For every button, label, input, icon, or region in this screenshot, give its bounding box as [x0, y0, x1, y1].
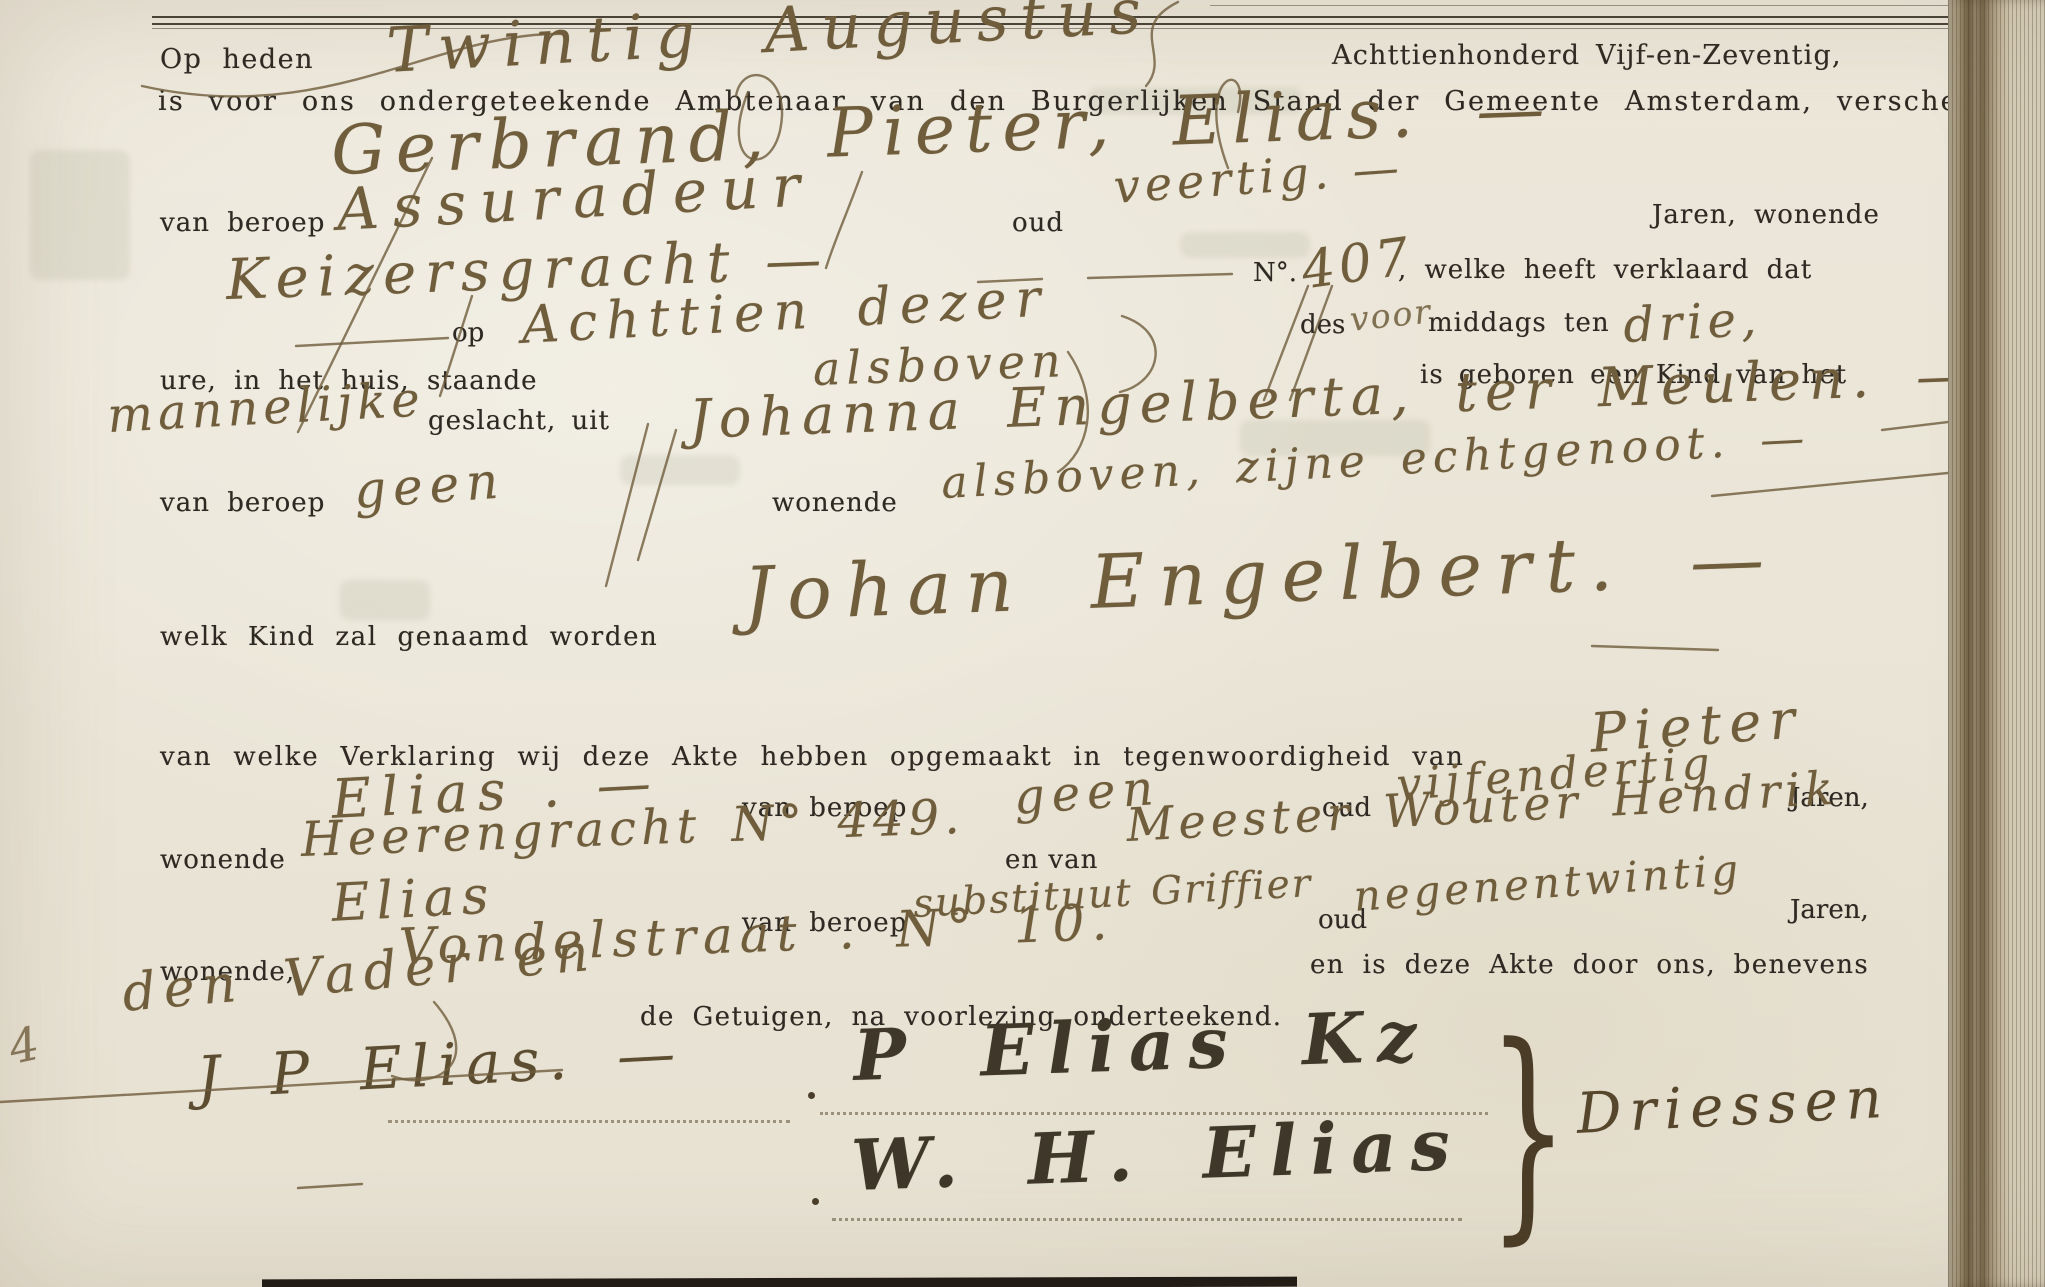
handwritten-birth-hour: drie,	[1622, 291, 1762, 354]
dash-before-op	[296, 338, 448, 346]
handwritten-witness2-age: negenentwintig	[1352, 845, 1744, 921]
margin-stray-mark: 4	[4, 1016, 44, 1075]
label-wonende-3: wonende	[160, 845, 286, 875]
label-des: des	[1300, 310, 1345, 340]
handwritten-child-name: Johan Engelbert. —	[742, 516, 1779, 638]
signature-father: J P Elias. —	[195, 1018, 686, 1111]
signature-brace: }	[1488, 998, 1568, 1265]
label-op: op	[452, 318, 484, 348]
handwritten-house-number: 407	[1298, 227, 1417, 302]
dash-under-father-sig	[298, 1184, 362, 1188]
label-year: Achttienhonderd Vijf-en-Zeventig,	[1332, 40, 1842, 71]
label-wonende-2: wonende	[772, 488, 898, 518]
slash-after-geen-1	[606, 424, 648, 586]
book-binding-edge	[1948, 0, 2045, 1287]
top-rule-4	[1210, 5, 1948, 6]
leader-dot-1	[808, 1092, 815, 1099]
label-geslacht-uit: geslacht, uit	[428, 406, 610, 436]
dash-before-no-2	[1088, 274, 1232, 278]
handwritten-mother-occupation: geen	[352, 451, 507, 519]
signature-witness2: W. H. Elias	[850, 1103, 1465, 1207]
handwritten-voor: voor	[1348, 291, 1434, 338]
handwritten-child-sex: mannelijke	[106, 371, 426, 444]
bleed-blob	[1180, 232, 1310, 258]
signature-official: Driessen	[1575, 1066, 1891, 1147]
bleed-blob	[30, 150, 130, 280]
label-van-beroep-2: van beroep	[160, 488, 325, 518]
slash-after-geen-2	[638, 430, 676, 560]
leader-dot-2	[812, 1198, 819, 1205]
label-op-heden: Op heden	[160, 44, 314, 75]
tail-assuradeur	[826, 172, 862, 268]
label-no: N°.	[1253, 258, 1297, 288]
label-welke-verklaard: , welke heeft verklaard dat	[1398, 255, 1812, 285]
signature-line-father	[388, 1120, 790, 1123]
dash-after-echtgenoot	[1712, 472, 1958, 496]
signature-line-witness1	[820, 1112, 1488, 1115]
handwritten-den-vader-en: den Vader en	[120, 923, 599, 1024]
label-jaren-wonende: Jaren, wonende	[1652, 200, 1880, 230]
signature-line-witness2	[832, 1218, 1462, 1221]
label-middags-ten: middags ten	[1428, 308, 1610, 338]
label-jaren-2: Jaren,	[1790, 895, 1869, 925]
label-van-beroep-1: van beroep	[160, 208, 325, 238]
label-en-van: en van	[1005, 845, 1098, 875]
birth-record-page: Op heden Achttienhonderd Vijf-en-Zeventi…	[0, 0, 2045, 1287]
dash-after-johan	[1592, 646, 1718, 650]
label-naming: welk Kind zal genaamd worden	[160, 622, 658, 652]
next-record-rule	[262, 1277, 1297, 1287]
label-oud-1: oud	[1012, 208, 1064, 238]
bleed-blob	[340, 580, 430, 620]
label-closing-a: en is deze Akte door ons, benevens	[1310, 950, 1869, 980]
handwritten-date: Twintig Augustus	[385, 0, 1155, 87]
bleed-blob	[620, 455, 740, 485]
